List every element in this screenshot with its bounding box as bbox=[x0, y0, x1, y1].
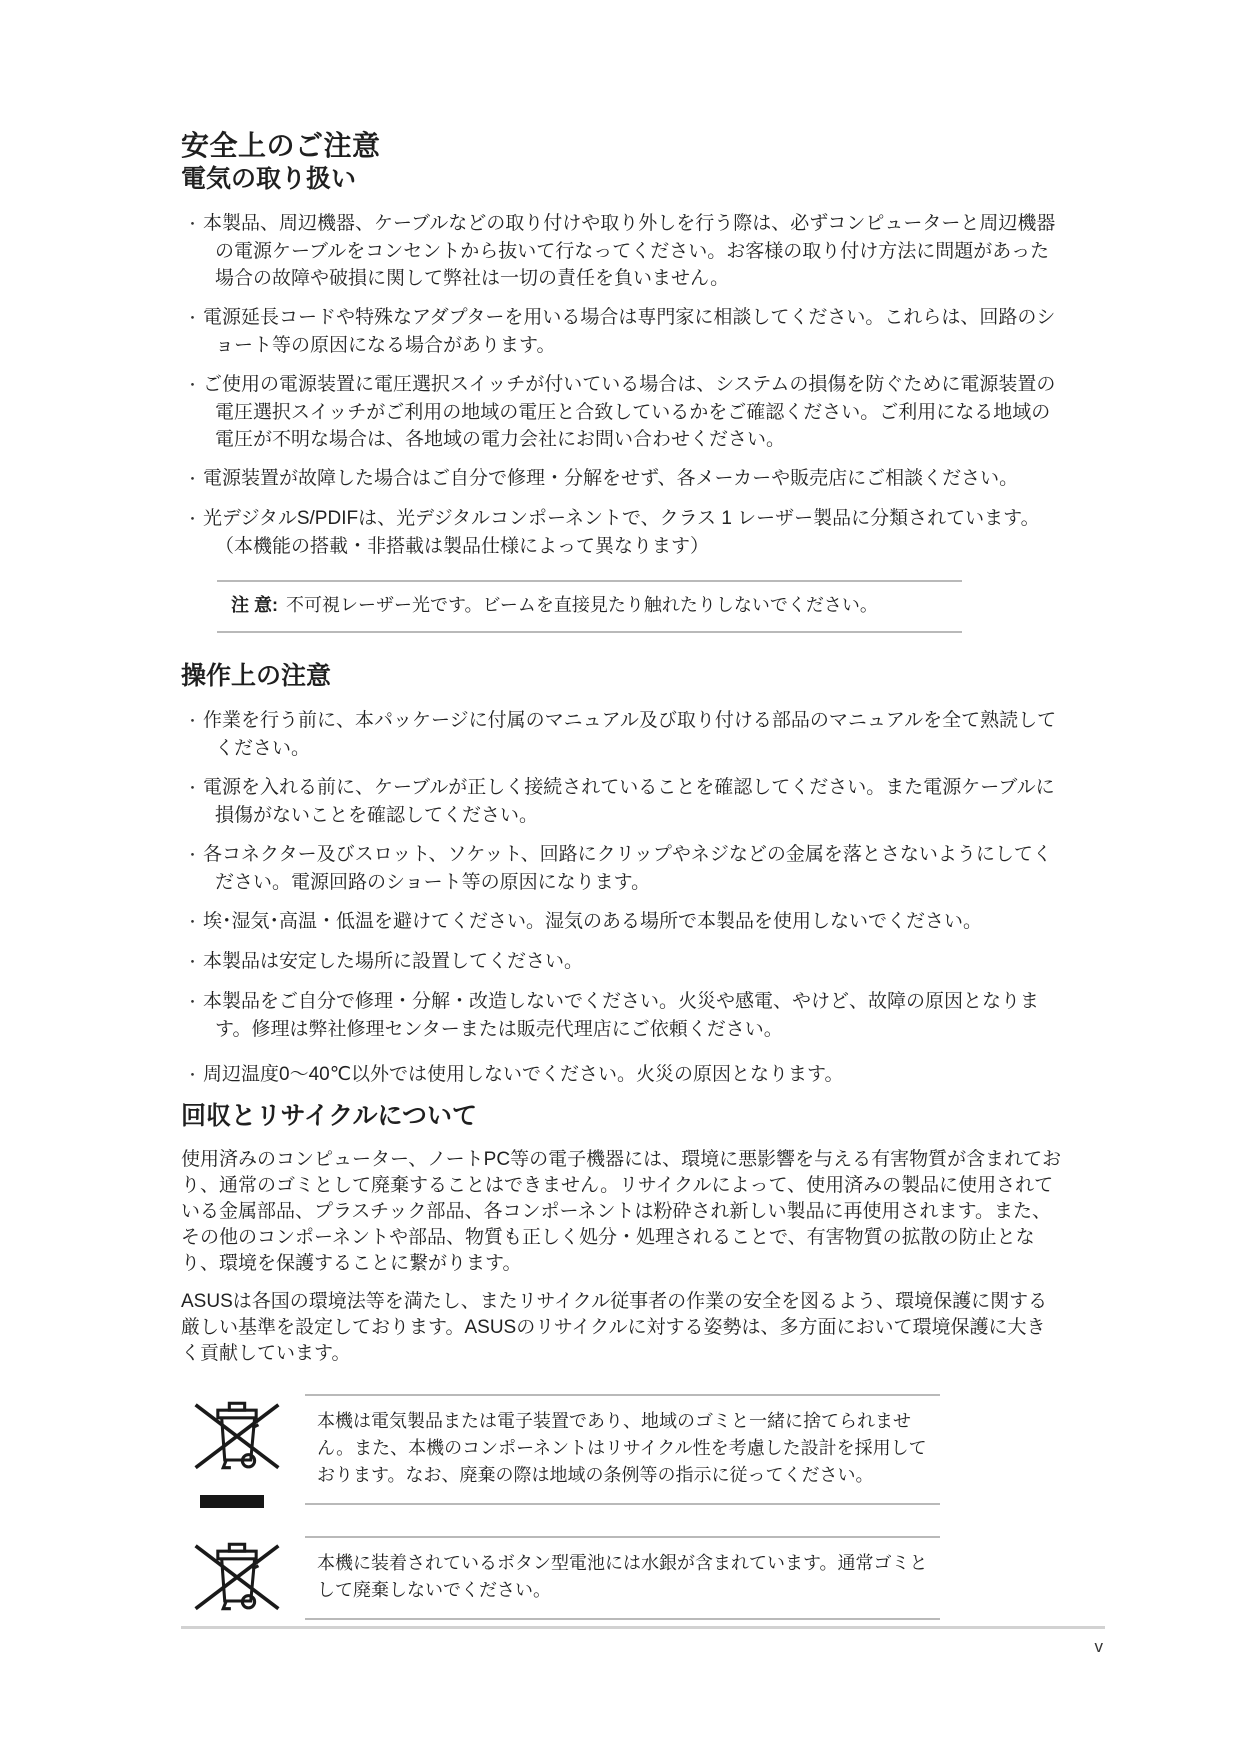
bullet-item: ・光デジタルS/PDIFは、光デジタルコンポーネントで、クラス 1 レーザー製品… bbox=[181, 505, 1063, 560]
section-heading-electric: 電気の取り扱い bbox=[181, 164, 1063, 194]
recycle-note-battery: 本機に装着されているボタン型電池には水銀が含まれています。通常ゴミとして廃棄しな… bbox=[305, 1536, 940, 1620]
page-number: v bbox=[181, 1637, 1105, 1657]
operation-bullet-list: ・作業を行う前に、本パッケージに付属のマニュアル及び取り付ける部品のマニュアルを… bbox=[181, 707, 1063, 1089]
bullet-marker: ・ bbox=[185, 372, 203, 399]
recycle-paragraph: ASUSは各国の環境法等を満たし、またリサイクル従事者の作業の安全を図るよう、環… bbox=[181, 1289, 1063, 1367]
bullet-text: 本製品は安定した場所に設置してください。 bbox=[203, 951, 583, 972]
bullet-marker: ・ bbox=[185, 506, 203, 533]
bullet-text: 電源を入れる前に、ケーブルが正しく接続されていることを確認してください。また電源… bbox=[203, 777, 1055, 826]
caution-note-text: 不可視レーザー光です。ビームを直接見たり触れたりしないでください。 bbox=[286, 595, 878, 615]
page-footer: v bbox=[181, 1626, 1105, 1657]
bullet-item: ・本製品は安定した場所に設置してください。 bbox=[181, 948, 1063, 976]
bullet-item: ・電源延長コードや特殊なアダプターを用いる場合は専門家に相談してください。これら… bbox=[181, 304, 1063, 359]
bullet-marker: ・ bbox=[185, 305, 203, 332]
bullet-text: 電源装置が故障した場合はご自分で修理・分解をせず、各メーカーや販売店にご相談くだ… bbox=[203, 468, 1018, 489]
bullet-text: 本製品をご自分で修理・分解・改造しないでください。火災や感電、やけど、故障の原因… bbox=[203, 991, 1039, 1040]
bullet-marker: ・ bbox=[185, 949, 203, 976]
bullet-item: ・電源装置が故障した場合はご自分で修理・分解をせず、各メーカーや販売店にご相談く… bbox=[181, 465, 1063, 493]
bullet-marker: ・ bbox=[185, 466, 203, 493]
weee-note-row: 本機に装着されているボタン型電池には水銀が含まれています。通常ゴミとして廃棄しな… bbox=[181, 1532, 1063, 1624]
section-heading-operation: 操作上の注意 bbox=[181, 661, 1063, 691]
bullet-text: 各コネクター及びスロット、ソケット、回路にクリップやネジなどの金属を落とさないよ… bbox=[203, 844, 1052, 893]
document-page: 安全上のご注意 電気の取り扱い ・本製品、周辺機器、ケーブルなどの取り付けや取り… bbox=[0, 0, 1241, 1754]
bullet-item: ・作業を行う前に、本パッケージに付属のマニュアル及び取り付ける部品のマニュアルを… bbox=[181, 707, 1063, 762]
weee-note-row: 本機は電気製品または電子装置であり、地域のゴミと一緒に捨てられません。また、本機… bbox=[181, 1391, 1063, 1508]
electric-bullet-list: ・本製品、周辺機器、ケーブルなどの取り付けや取り外しを行う際は、必ずコンピュータ… bbox=[181, 210, 1063, 560]
bullet-item: ・ご使用の電源装置に電圧選択スイッチが付いている場合は、システムの損傷を防ぐため… bbox=[181, 371, 1063, 453]
recycle-paragraph: 使用済みのコンピューター、ノートPC等の電子機器には、環境に悪影響を与える有害物… bbox=[181, 1147, 1063, 1277]
bullet-item: ・電源を入れる前に、ケーブルが正しく接続されていることを確認してください。また電… bbox=[181, 774, 1063, 829]
bullet-marker: ・ bbox=[185, 1062, 203, 1089]
bullet-marker: ・ bbox=[185, 842, 203, 869]
bullet-marker: ・ bbox=[185, 989, 203, 1016]
weee-black-bar bbox=[200, 1495, 264, 1508]
bullet-text: 電源延長コードや特殊なアダプターを用いる場合は専門家に相談してください。これらは… bbox=[203, 307, 1055, 356]
bullet-item: ・本製品をご自分で修理・分解・改造しないでください。火災や感電、やけど、故障の原… bbox=[181, 988, 1063, 1043]
caution-note-label: 注 意: bbox=[231, 595, 278, 615]
bullet-text: 埃･湿気･高温・低温を避けてください。湿気のある場所で本製品を使用しないでくださ… bbox=[203, 911, 982, 932]
bullet-text: 本製品、周辺機器、ケーブルなどの取り付けや取り外しを行う際は、必ずコンピューター… bbox=[203, 213, 1055, 289]
bullet-text: 周辺温度0～40℃以外では使用しないでください。火災の原因となります。 bbox=[203, 1064, 844, 1085]
bullet-text: 光デジタルS/PDIFは、光デジタルコンポーネントで、クラス 1 レーザー製品に… bbox=[203, 508, 1040, 557]
bullet-item: ・周辺温度0～40℃以外では使用しないでください。火災の原因となります。 bbox=[181, 1061, 1063, 1089]
caution-note: 注 意:不可視レーザー光です。ビームを直接見たり触れたりしないでください。 bbox=[217, 580, 962, 633]
bullet-item: ・埃･湿気･高温・低温を避けてください。湿気のある場所で本製品を使用しないでくだ… bbox=[181, 908, 1063, 936]
weee-crossed-bin-icon bbox=[191, 1532, 283, 1624]
weee-crossed-bin-icon bbox=[191, 1391, 283, 1483]
bullet-marker: ・ bbox=[185, 775, 203, 802]
bullet-text: ご使用の電源装置に電圧選択スイッチが付いている場合は、システムの損傷を防ぐために… bbox=[203, 374, 1055, 450]
bullet-item: ・各コネクター及びスロット、ソケット、回路にクリップやネジなどの金属を落とさない… bbox=[181, 841, 1063, 896]
bullet-marker: ・ bbox=[185, 708, 203, 735]
bullet-marker: ・ bbox=[185, 909, 203, 936]
page-title: 安全上のご注意 bbox=[181, 130, 1063, 162]
section-heading-recycle: 回収とリサイクルについて bbox=[181, 1101, 1063, 1131]
bullet-marker: ・ bbox=[185, 211, 203, 238]
footer-divider bbox=[181, 1626, 1105, 1629]
recycle-note-electronics: 本機は電気製品または電子装置であり、地域のゴミと一緒に捨てられません。また、本機… bbox=[305, 1394, 940, 1505]
weee-icon-column bbox=[181, 1391, 305, 1508]
bullet-item: ・本製品、周辺機器、ケーブルなどの取り付けや取り外しを行う際は、必ずコンピュータ… bbox=[181, 210, 1063, 292]
weee-icon-column bbox=[181, 1532, 305, 1624]
bullet-text: 作業を行う前に、本パッケージに付属のマニュアル及び取り付ける部品のマニュアルを全… bbox=[203, 710, 1056, 759]
